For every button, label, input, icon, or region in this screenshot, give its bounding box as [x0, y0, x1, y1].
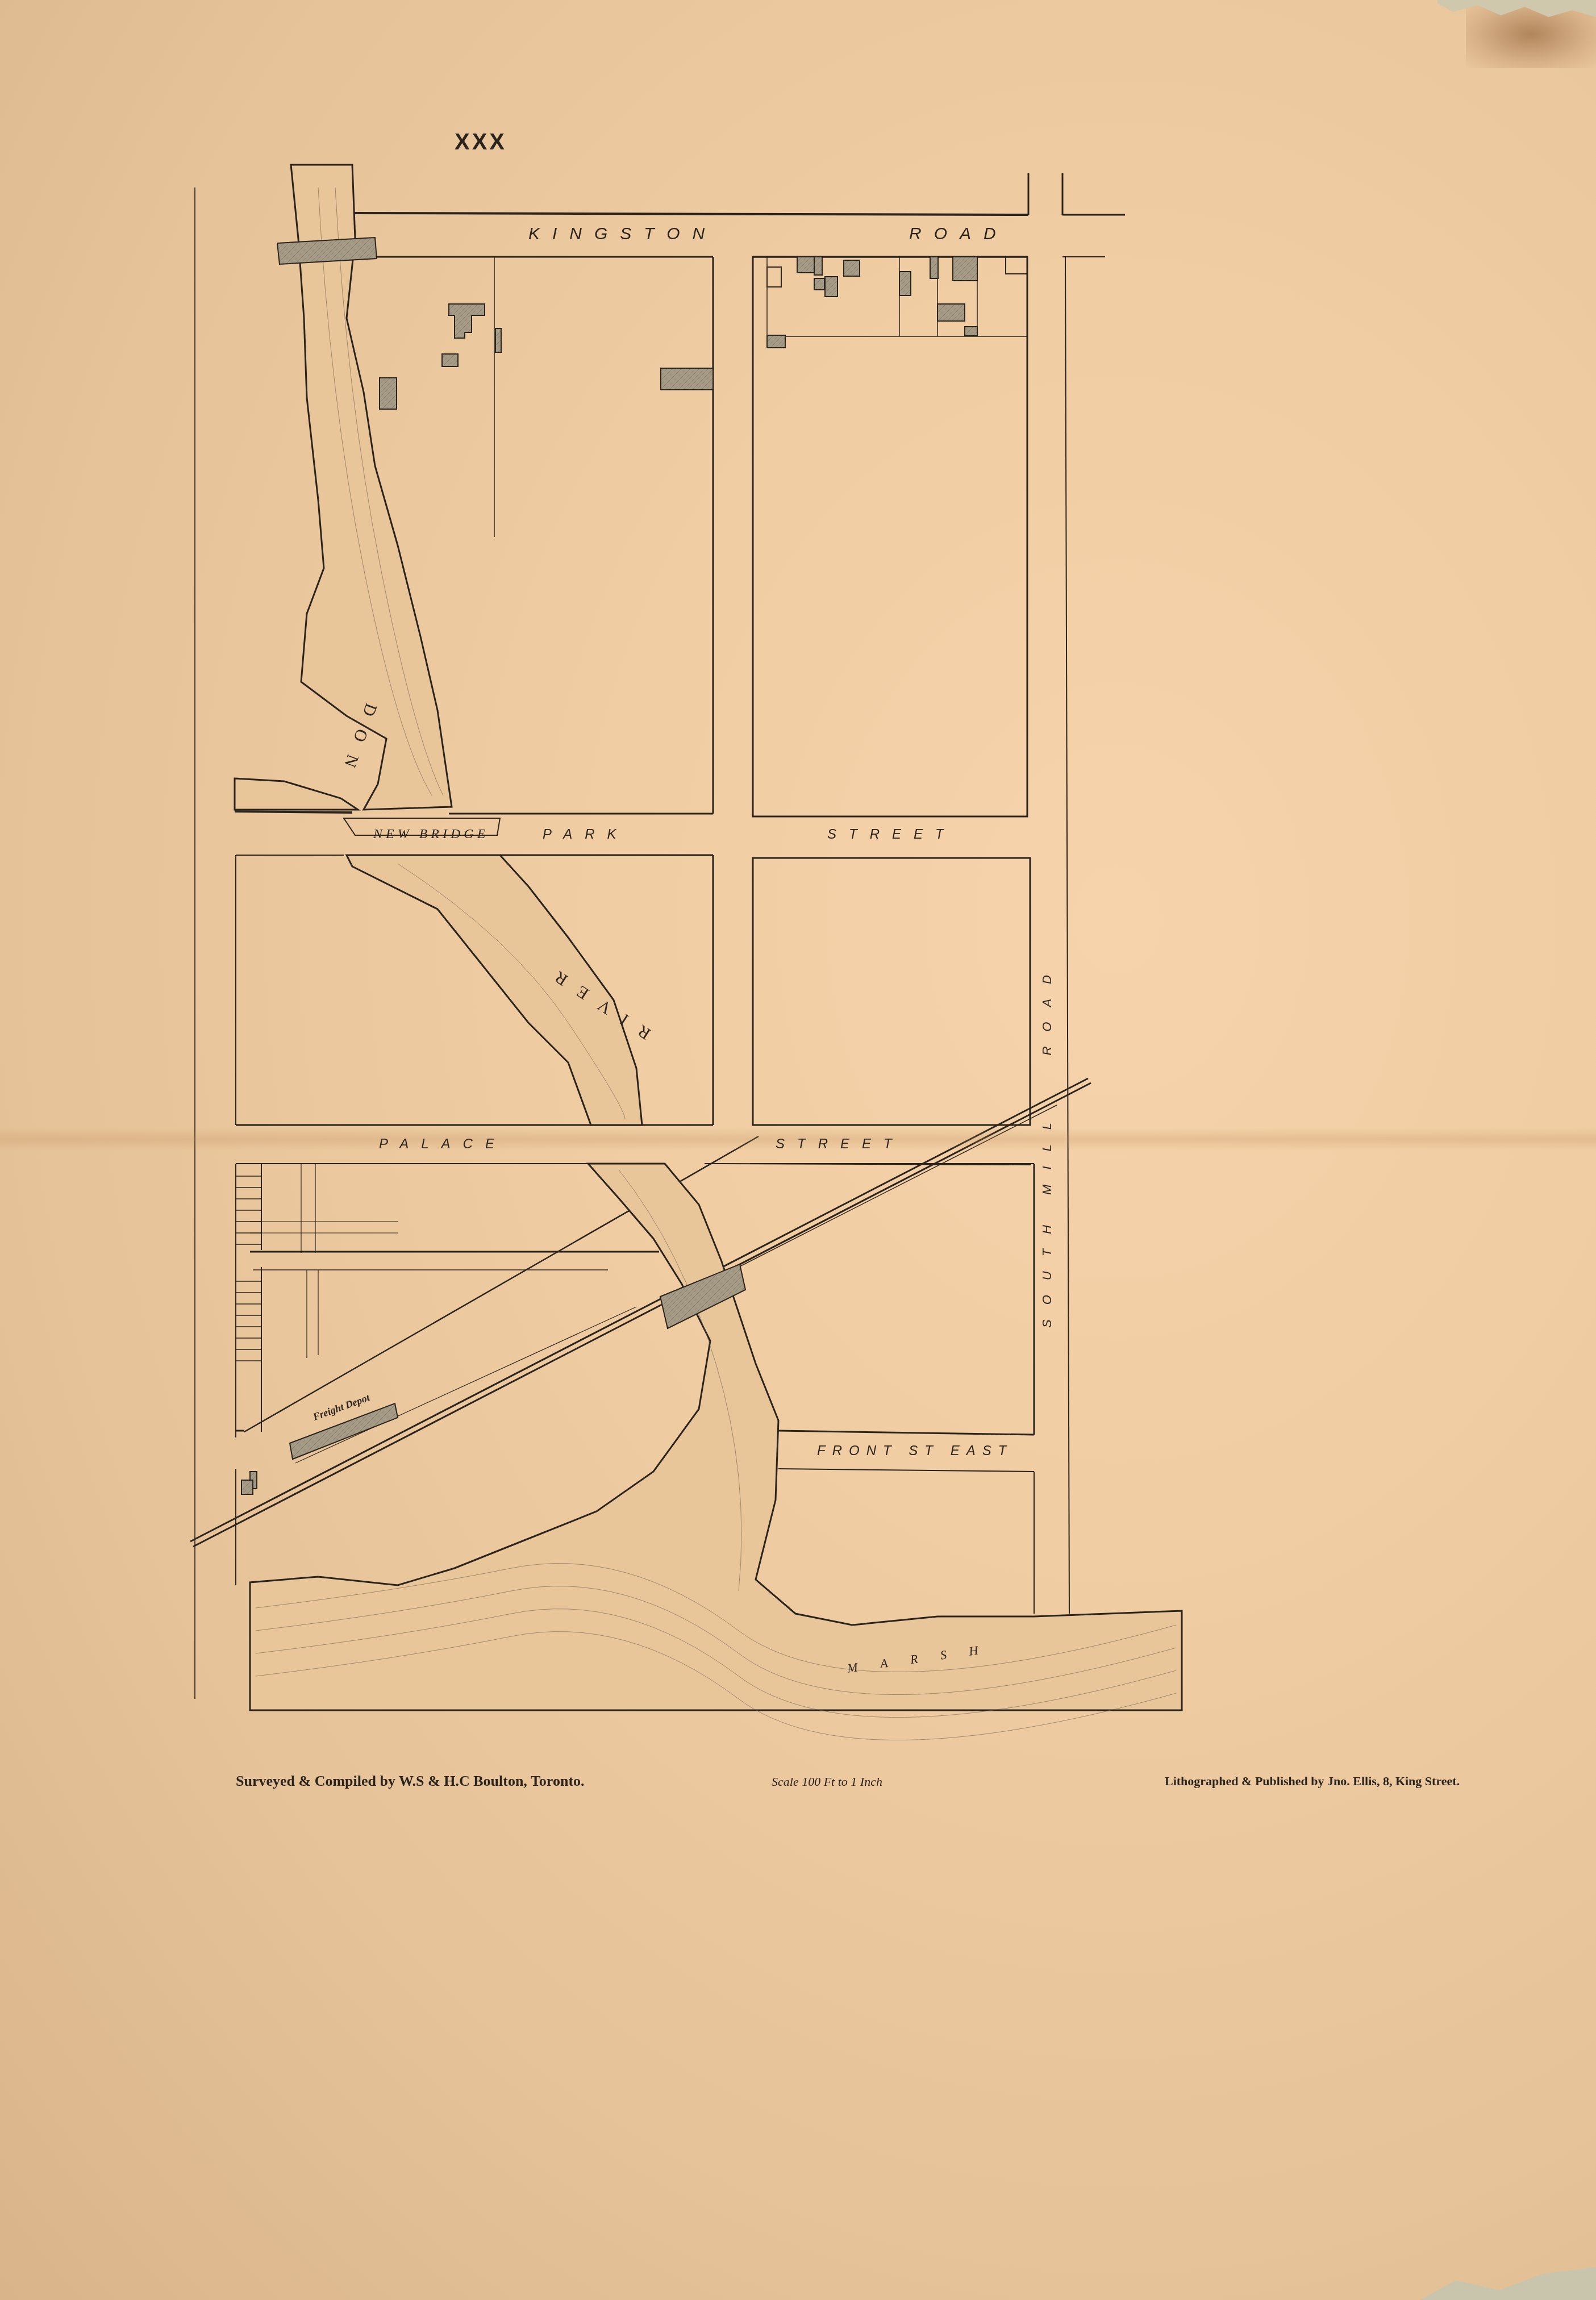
street-label-kingston: KINGSTON: [528, 224, 717, 244]
street-label-palace: PALACE: [379, 1136, 507, 1152]
street-label-park-street: STREET: [827, 827, 956, 843]
scale-note: Scale 100 Ft to 1 Inch: [772, 1774, 882, 1789]
street-label-south: SOUTH: [1040, 1210, 1055, 1328]
don-river: [235, 165, 1182, 1710]
street-label-park: PARK: [543, 827, 629, 843]
street-label-mill-road: ROAD: [1040, 960, 1055, 1056]
new-bridge-label: NEW BRIDGE: [373, 827, 489, 842]
surveyor-credit: Surveyed & Compiled by W.S & H.C Boulton…: [236, 1773, 585, 1790]
street-label-road: ROAD: [909, 224, 1009, 244]
sheet-number: XXX: [455, 130, 507, 155]
street-label-mill: MILL: [1040, 1108, 1055, 1195]
kingston-road: [352, 173, 1125, 257]
publisher-credit: Lithographed & Published by Jno. Ellis, …: [1165, 1774, 1460, 1789]
kingston-road-bridge: [277, 238, 377, 264]
street-label-front-st-east: FRONT ST EAST: [817, 1443, 1013, 1459]
street-label-palace-street: STREET: [776, 1136, 905, 1152]
